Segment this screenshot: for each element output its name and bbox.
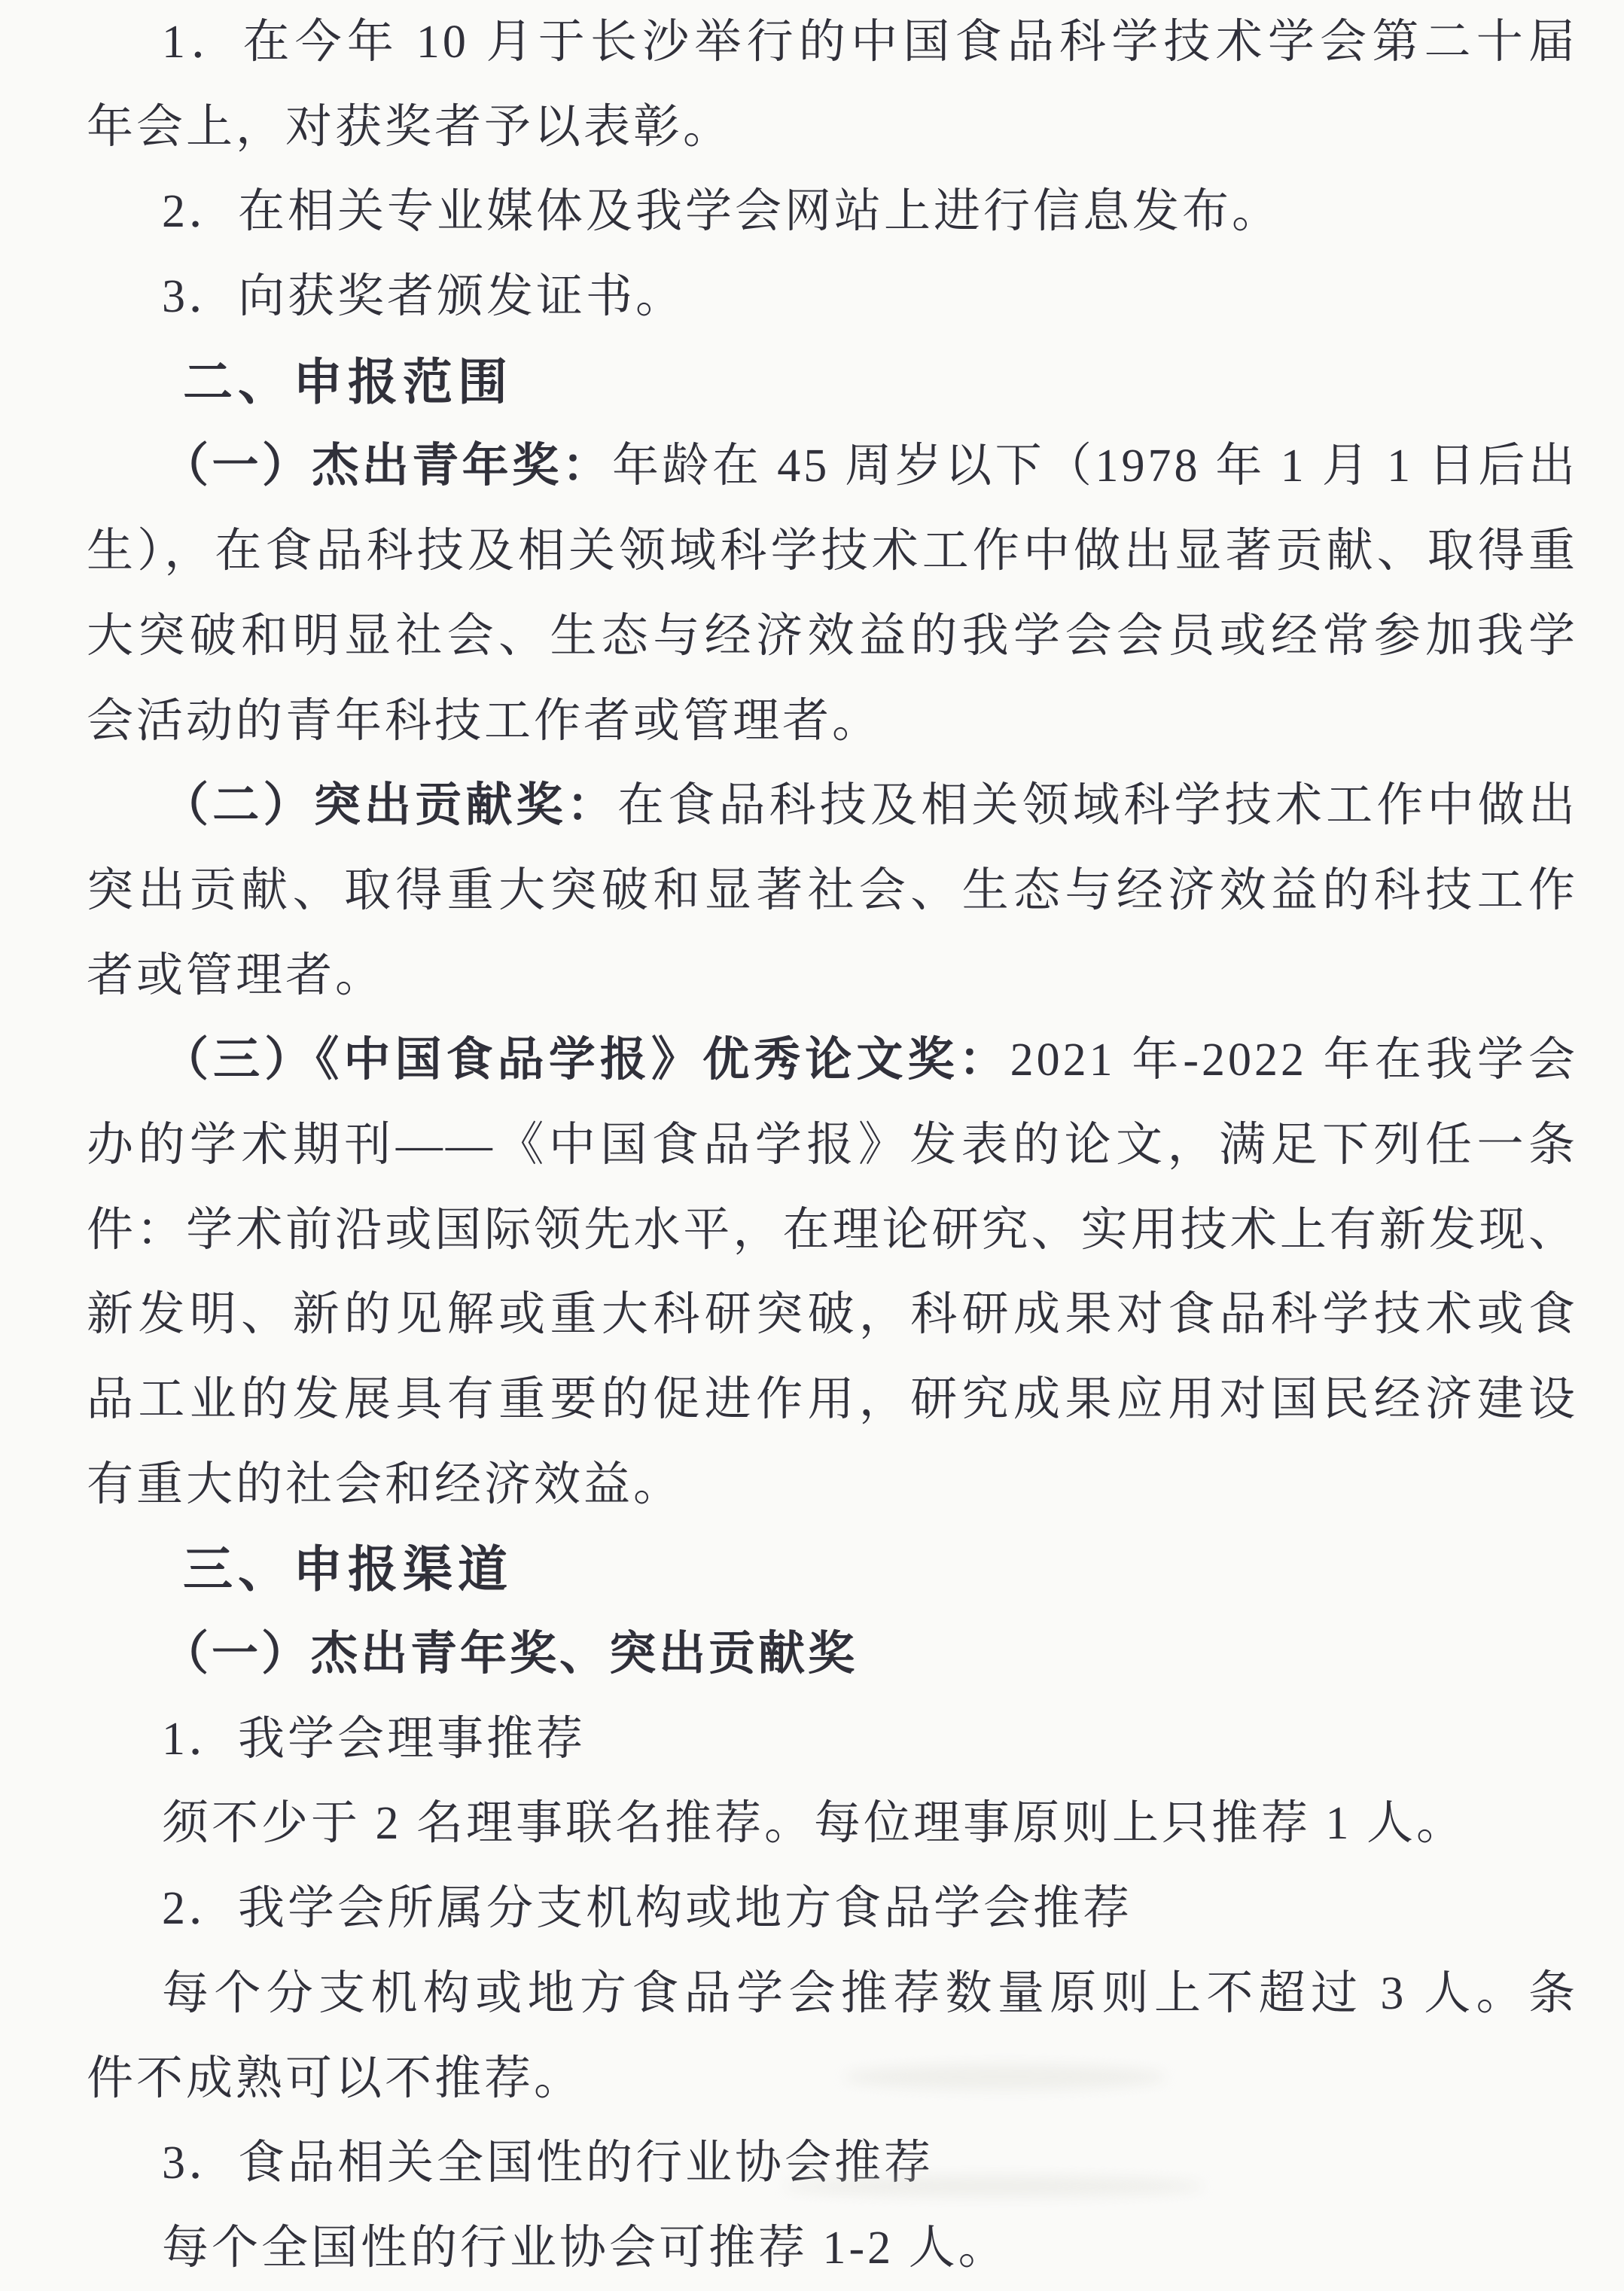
text-line-19: 三、申报渠道 — [87, 1527, 1578, 1612]
emphasis-text: （一）杰出青年奖： — [162, 440, 612, 492]
text-line-13: （三）《中国食品学报》优秀论文奖：2021 年-2022 年在我学会主 — [87, 1018, 1578, 1103]
text-line-21: 1．我学会理事推荐 — [87, 1697, 1578, 1782]
text-line-5: 二、申报范围 — [87, 340, 1578, 425]
text-line-20: （一）杰出青年奖、突出贡献奖 — [87, 1612, 1578, 1697]
text-line-16: 新发明、新的见解或重大科研突破，科研成果对食品科学技术或食 — [87, 1272, 1578, 1357]
body-text: 品工业的发展具有重要的促进作用，研究成果应用对国民经济建设 — [87, 1374, 1578, 1425]
text-line-11: 突出贡献、取得重大突破和显著社会、生态与经济效益的科技工作 — [87, 848, 1578, 934]
text-line-10: （二）突出贡献奖：在食品科技及相关领域科学技术工作中做出 — [87, 763, 1578, 848]
document-page: 1．在今年 10 月于长沙举行的中国食品科学技术学会第二十届年会上，对获奖者予以… — [0, 0, 1624, 2291]
body-text: 年会上，对获奖者予以表彰。 — [87, 102, 733, 153]
text-line-22: 须不少于 2 名理事联名推荐。每位理事原则上只推荐 1 人。 — [87, 1781, 1578, 1866]
body-text: 大突破和明显社会、生态与经济效益的我学会会员或经常参加我学 — [87, 611, 1578, 662]
body-text: 年龄在 45 周岁以下（1978 年 1 月 1 日后出 — [612, 440, 1578, 492]
body-text: 在食品科技及相关领域科学技术工作中做出 — [617, 780, 1578, 831]
scan-artifact — [843, 2064, 1167, 2090]
body-text: 1．我学会理事推荐 — [162, 1714, 586, 1765]
body-text: 3．向获奖者颁发证书。 — [162, 271, 685, 322]
text-line-25: 件不成熟可以不推荐。 — [87, 2037, 1578, 2122]
text-line-18: 有重大的社会和经济效益。 — [87, 1443, 1578, 1528]
text-line-4: 3．向获奖者颁发证书。 — [87, 254, 1578, 340]
document-content: 1．在今年 10 月于长沙举行的中国食品科学技术学会第二十届年会上，对获奖者予以… — [87, 0, 1578, 2291]
body-text: 件不成熟可以不推荐。 — [87, 2053, 583, 2104]
text-line-7: 生），在食品科技及相关领域科学技术工作中做出显著贡献、取得重 — [87, 509, 1578, 594]
text-line-14: 办的学术期刊——《中国食品学报》发表的论文，满足下列任一条 — [87, 1103, 1578, 1188]
body-text: 者或管理者。 — [87, 950, 385, 1001]
text-line-23: 2．我学会所属分支机构或地方食品学会推荐 — [87, 1866, 1578, 1951]
text-line-3: 2．在相关专业媒体及我学会网站上进行信息发布。 — [87, 169, 1578, 254]
emphasis-text: （三）《中国食品学报》优秀论文奖： — [162, 1034, 1010, 1086]
body-text: 每个全国性的行业协会可推荐 1-2 人。 — [162, 2222, 1008, 2274]
emphasis-text: （一）杰出青年奖、突出贡献奖 — [162, 1628, 858, 1680]
text-line-17: 品工业的发展具有重要的促进作用，研究成果应用对国民经济建设 — [87, 1357, 1578, 1443]
body-text: 2．在相关专业媒体及我学会网站上进行信息发布。 — [162, 186, 1281, 237]
emphasis-text: 三、申报渠道 — [183, 1541, 513, 1597]
body-text: 生），在食品科技及相关领域科学技术工作中做出显著贡献、取得重 — [87, 526, 1578, 577]
text-line-8: 大突破和明显社会、生态与经济效益的我学会会员或经常参加我学 — [87, 594, 1578, 679]
body-text: 有重大的社会和经济效益。 — [87, 1459, 683, 1510]
text-line-6: （一）杰出青年奖：年龄在 45 周岁以下（1978 年 1 月 1 日后出 — [87, 424, 1578, 509]
text-line-9: 会活动的青年科技工作者或管理者。 — [87, 679, 1578, 764]
text-line-24: 每个分支机构或地方食品学会推荐数量原则上不超过 3 人。条 — [87, 1951, 1578, 2037]
text-line-27: 每个全国性的行业协会可推荐 1-2 人。 — [87, 2206, 1578, 2291]
body-text: 件：学术前沿或国际领先水平，在理论研究、实用技术上有新发现、 — [87, 1205, 1578, 1256]
body-text: 办的学术期刊——《中国食品学报》发表的论文，满足下列任一条 — [87, 1120, 1578, 1171]
body-text: 会活动的青年科技工作者或管理者。 — [87, 696, 882, 747]
scan-artifact — [783, 2176, 1205, 2197]
text-line-1: 1．在今年 10 月于长沙举行的中国食品科学技术学会第二十届 — [87, 0, 1578, 85]
emphasis-text: （二）突出贡献奖： — [162, 780, 617, 831]
body-text: 每个分支机构或地方食品学会推荐数量原则上不超过 3 人。条 — [162, 1968, 1578, 2019]
text-line-12: 者或管理者。 — [87, 934, 1578, 1019]
body-text: 1．在今年 10 月于长沙举行的中国食品科学技术学会第二十届 — [162, 17, 1578, 68]
body-text: 2．我学会所属分支机构或地方食品学会推荐 — [162, 1883, 1132, 1934]
body-text: 须不少于 2 名理事联名推荐。每位理事原则上只推荐 1 人。 — [162, 1798, 1466, 1849]
text-line-2: 年会上，对获奖者予以表彰。 — [87, 85, 1578, 170]
body-text: 突出贡献、取得重大突破和显著社会、生态与经济效益的科技工作 — [87, 865, 1578, 916]
text-line-15: 件：学术前沿或国际领先水平，在理论研究、实用技术上有新发现、 — [87, 1188, 1578, 1273]
body-text: 新发明、新的见解或重大科研突破，科研成果对食品科学技术或食 — [87, 1289, 1578, 1340]
emphasis-text: 二、申报范围 — [183, 354, 513, 410]
